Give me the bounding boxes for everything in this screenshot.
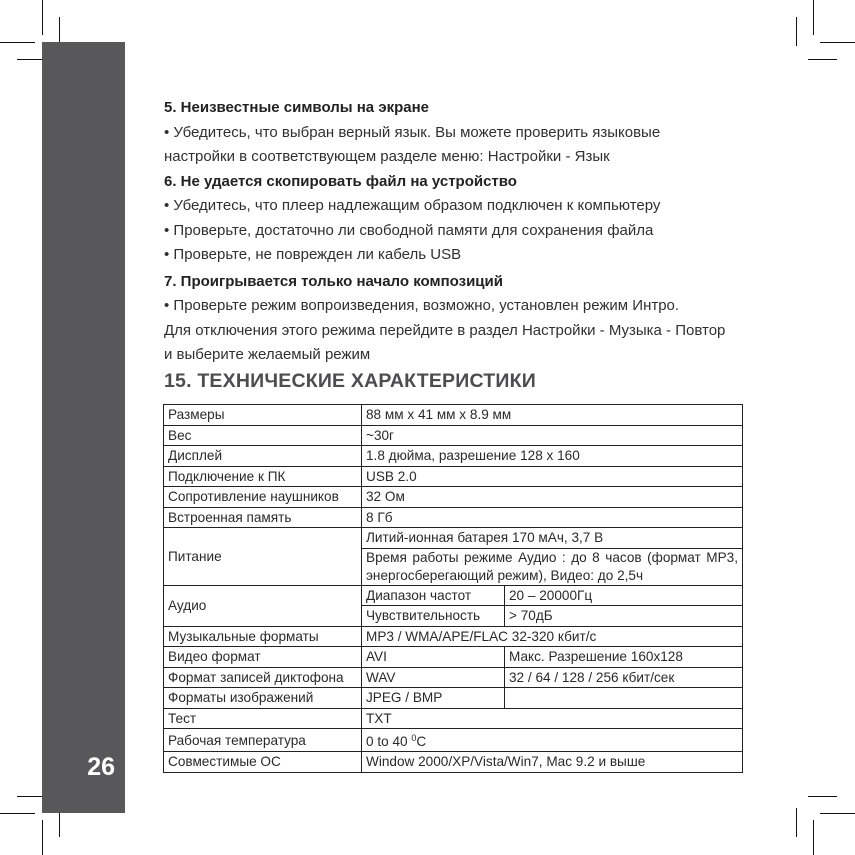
spec-value: 1.8 дюйма, разрешение 128 x 160 <box>362 446 743 467</box>
crop-mark <box>0 813 35 814</box>
table-row: Вес ~30г <box>164 425 743 446</box>
spec-value: JPEG / BMP <box>362 688 505 709</box>
table-row: Подключение к ПК USB 2.0 <box>164 466 743 487</box>
spec-value: > 70дБ <box>505 606 743 627</box>
spec-label: Рабочая температура <box>164 729 362 752</box>
section-title: 15. ТЕХНИЧЕСКИЕ ХАРАКТЕРИСТИКИ <box>164 370 536 393</box>
spec-label: Встроенная память <box>164 507 362 528</box>
spec-value: Время работы режиме Аудио : до 8 часов (… <box>362 548 743 585</box>
table-row: Встроенная память 8 Гб <box>164 507 743 528</box>
troubleshooting-section: 5. Неизвестные символы на экране • Убеди… <box>164 96 764 368</box>
spec-value: 32 Ом <box>362 487 743 508</box>
spec-label: Питание <box>164 528 362 586</box>
spec-label: Подключение к ПК <box>164 466 362 487</box>
spec-label: Тест <box>164 708 362 729</box>
table-row: Форматы изображений JPEG / BMP <box>164 688 743 709</box>
spec-label: Видео формат <box>164 647 362 668</box>
spec-label: Музыкальные форматы <box>164 626 362 647</box>
crop-mark <box>813 820 814 855</box>
table-row: Сопротивление наушников 32 Ом <box>164 487 743 508</box>
item-heading: 5. Неизвестные символы на экране <box>164 96 764 121</box>
item-line: • Убедитесь, что выбран верный язык. Вы … <box>164 121 764 146</box>
item-line: настройки в соответствующем разделе меню… <box>164 145 764 170</box>
spec-label: Форматы изображений <box>164 688 362 709</box>
table-row: Размеры 88 мм x 41 мм x 8.9 мм <box>164 405 743 426</box>
item-heading: 6. Не удается скопировать файл на устрой… <box>164 170 764 195</box>
spec-value: ~30г <box>362 425 743 446</box>
crop-mark <box>42 0 43 35</box>
spec-value: AVI <box>362 647 505 668</box>
crop-mark <box>796 808 797 837</box>
spec-value: WAV <box>362 667 505 688</box>
temperature-value: 0 to 40 <box>366 734 411 749</box>
spec-label: Сопротивление наушников <box>164 487 362 508</box>
spec-value: USB 2.0 <box>362 466 743 487</box>
table-row: Дисплей 1.8 дюйма, разрешение 128 x 160 <box>164 446 743 467</box>
crop-mark <box>0 42 35 43</box>
spec-sublabel: Чувствительность <box>362 606 505 627</box>
table-row: Рабочая температура 0 to 40 0C <box>164 729 743 752</box>
crop-mark <box>808 796 837 797</box>
crop-mark <box>820 813 855 814</box>
item-line: • Убедитесь, что плеер надлежащим образо… <box>164 194 764 219</box>
item-heading: 7. Проигрывается только начало композици… <box>164 270 764 295</box>
spec-label: Дисплей <box>164 446 362 467</box>
crop-mark <box>820 42 855 43</box>
spec-value: Window 2000/XP/Vista/Win7, Mac 9.2 и выш… <box>362 752 743 773</box>
spec-label: Вес <box>164 425 362 446</box>
page-number: 26 <box>42 752 115 782</box>
spec-value: TXT <box>362 708 743 729</box>
spec-value: 88 мм x 41 мм x 8.9 мм <box>362 405 743 426</box>
item-line: и выберите желаемый режим <box>164 343 764 368</box>
item-line: • Проверьте, достаточно ли свободной пам… <box>164 219 764 244</box>
crop-mark <box>808 59 837 60</box>
spec-value: MP3 / WMA/APE/FLAC 32-320 кбит/с <box>362 626 743 647</box>
crop-mark <box>42 820 43 855</box>
spec-label: Совместимые ОС <box>164 752 362 773</box>
spec-label: Формат записей диктофона <box>164 667 362 688</box>
temperature-unit: C <box>416 734 426 749</box>
spec-label: Аудио <box>164 585 362 626</box>
spec-sublabel: Диапазон частот <box>362 585 505 606</box>
spec-value: 20 – 20000Гц <box>505 585 743 606</box>
table-row: Питание Литий-ионная батарея 170 мАч, 3,… <box>164 528 743 549</box>
item-line: • Проверьте, не поврежден ли кабель USB <box>164 243 764 268</box>
spec-value: 0 to 40 0C <box>362 729 743 752</box>
page-side-bar <box>42 42 125 813</box>
table-row: Музыкальные форматы MP3 / WMA/APE/FLAC 3… <box>164 626 743 647</box>
table-row: Видео формат AVI Макс. Разрешение 160x12… <box>164 647 743 668</box>
spec-extra: Макс. Разрешение 160x128 <box>505 647 743 668</box>
table-row: Совместимые ОС Window 2000/XP/Vista/Win7… <box>164 752 743 773</box>
spec-value: Литий-ионная батарея 170 мАч, 3,7 В <box>362 528 743 549</box>
table-row: Тест TXT <box>164 708 743 729</box>
table-row: Аудио Диапазон частот 20 – 20000Гц <box>164 585 743 606</box>
table-row: Формат записей диктофона WAV 32 / 64 / 1… <box>164 667 743 688</box>
item-line: • Проверьте режим вопроизведения, возмож… <box>164 294 764 319</box>
crop-mark <box>796 17 797 46</box>
item-line: Для отключения этого режима перейдите в … <box>164 319 764 344</box>
specs-table: Размеры 88 мм x 41 мм x 8.9 мм Вес ~30г … <box>163 404 743 773</box>
spec-extra: 32 / 64 / 128 / 256 кбит/сек <box>505 667 743 688</box>
spec-extra <box>505 688 743 709</box>
spec-value: 8 Гб <box>362 507 743 528</box>
spec-label: Размеры <box>164 405 362 426</box>
crop-mark <box>813 0 814 35</box>
